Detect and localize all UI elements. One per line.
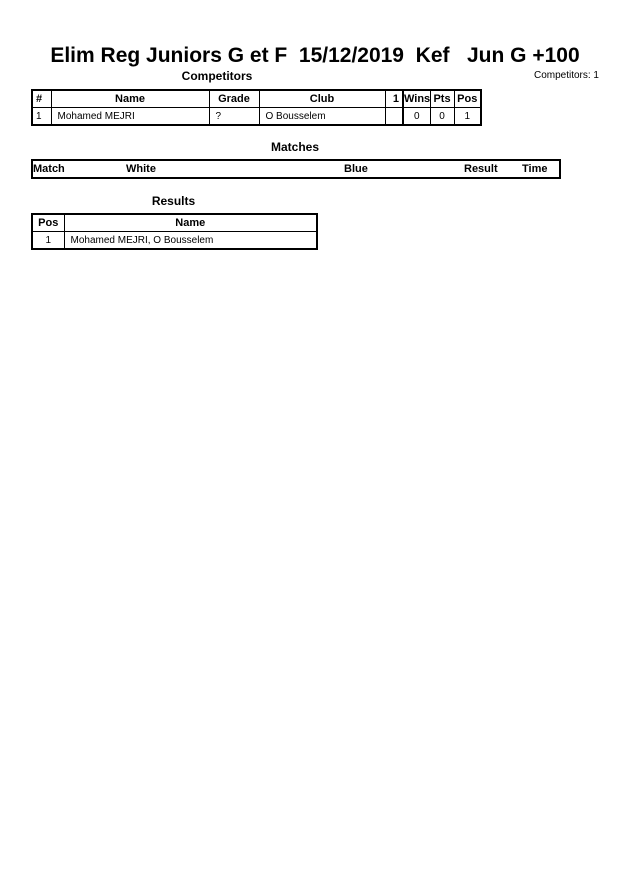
competitor-pos: 1 xyxy=(454,108,481,126)
col-header-round-1: 1 xyxy=(385,90,403,108)
col-header-result: Result xyxy=(462,160,520,178)
col-header-result-name: Name xyxy=(64,214,317,232)
col-header-white: White xyxy=(102,160,332,178)
result-name: Mohamed MEJRI, O Bousselem xyxy=(64,232,317,250)
col-header-blue: Blue xyxy=(332,160,462,178)
competitor-wins: 0 xyxy=(403,108,430,126)
competitor-round-1 xyxy=(385,108,403,126)
page-title: Elim Reg Juniors G et F 15/12/2019 Kef J… xyxy=(0,43,630,69)
competitor-club: O Bousselem xyxy=(259,108,385,126)
competitors-section-title: Competitors xyxy=(31,69,403,83)
results-header-row: Pos Name xyxy=(32,214,317,232)
col-header-wins: Wins xyxy=(403,90,430,108)
results-section-title: Results xyxy=(31,194,316,208)
matches-table: Match White Blue Result Time xyxy=(31,159,561,179)
col-header-result-pos: Pos xyxy=(32,214,64,232)
col-header-pos: Pos xyxy=(454,90,481,108)
competitor-name: Mohamed MEJRI xyxy=(51,108,209,126)
col-header-club: Club xyxy=(259,90,385,108)
result-pos: 1 xyxy=(32,232,64,250)
results-table: Pos Name 1 Mohamed MEJRI, O Bousselem xyxy=(31,213,318,250)
table-row: 1 Mohamed MEJRI ? O Bousselem 0 0 1 xyxy=(32,108,481,126)
competitor-pts: 0 xyxy=(430,108,454,126)
matches-section-title: Matches xyxy=(31,140,559,154)
col-header-grade: Grade xyxy=(209,90,259,108)
matches-header-row: Match White Blue Result Time xyxy=(32,160,560,178)
col-header-number: # xyxy=(32,90,51,108)
competitors-table: # Name Grade Club 1 Wins Pts Pos 1 Moham… xyxy=(31,89,482,126)
col-header-time: Time xyxy=(520,160,560,178)
competitors-count: Competitors: 1 xyxy=(534,70,599,82)
competitor-grade: ? xyxy=(209,108,259,126)
col-header-pts: Pts xyxy=(430,90,454,108)
competitor-number: 1 xyxy=(32,108,51,126)
competitors-header-row: # Name Grade Club 1 Wins Pts Pos xyxy=(32,90,481,108)
col-header-match: Match xyxy=(32,160,102,178)
table-row: 1 Mohamed MEJRI, O Bousselem xyxy=(32,232,317,250)
col-header-name: Name xyxy=(51,90,209,108)
